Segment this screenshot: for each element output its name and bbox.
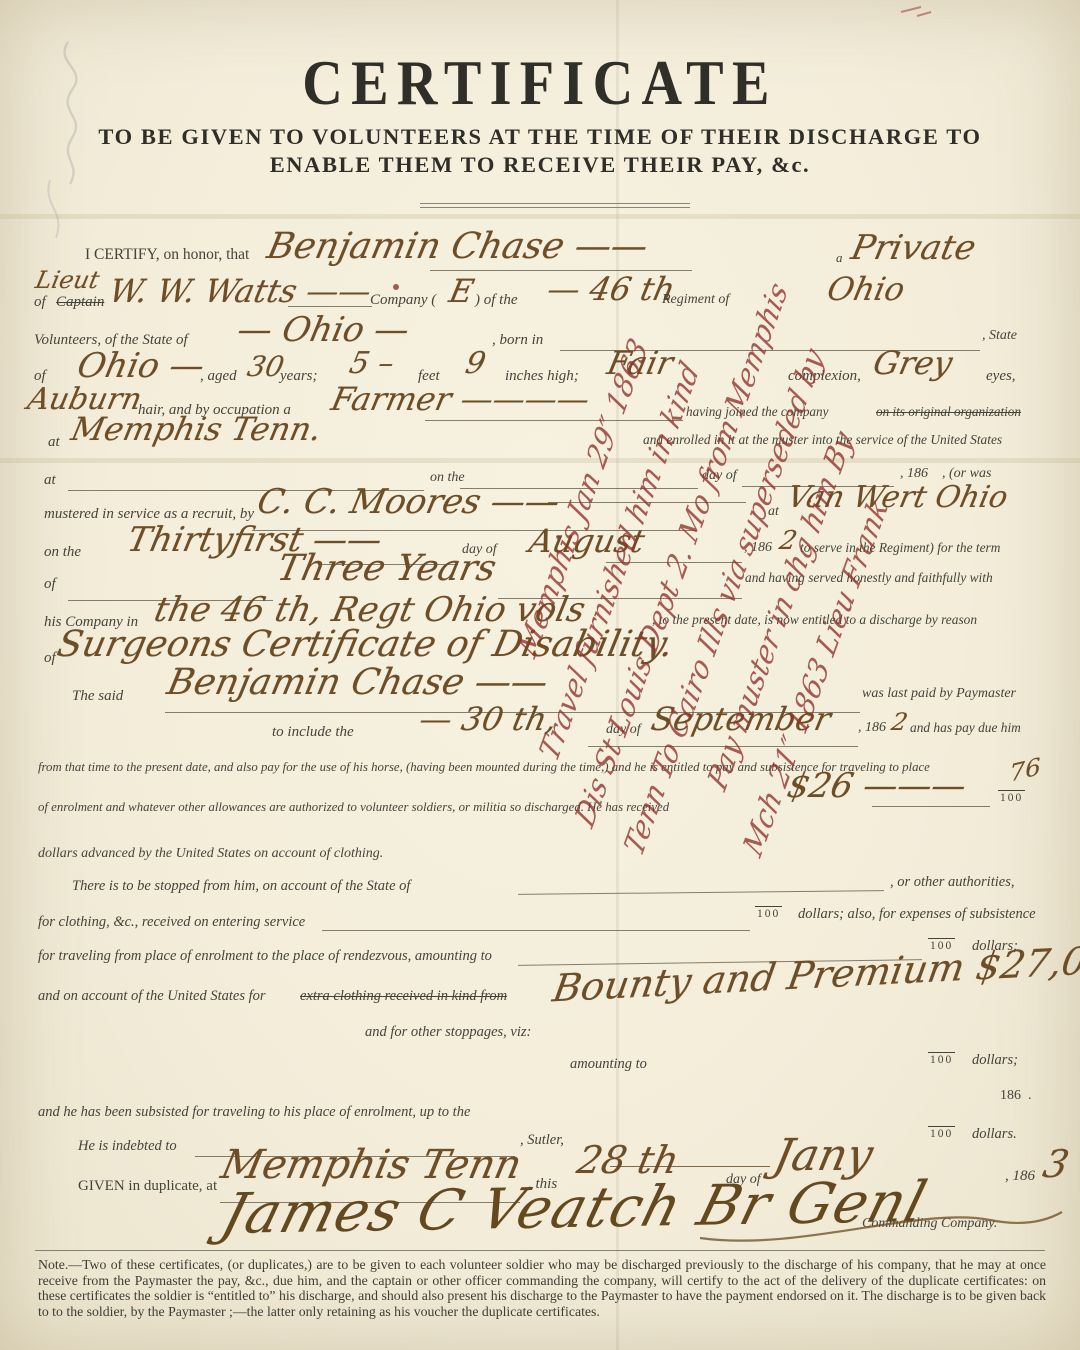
hand-muster-year: 2 <box>777 526 800 556</box>
printed-at: at <box>768 504 779 520</box>
printed-day-of: day of <box>702 468 737 484</box>
printed-fraction-100: 100 <box>755 906 782 920</box>
signature-dash-stroke <box>610 1166 770 1167</box>
printed-186: , 186 <box>858 720 886 736</box>
printed-last-paid: was last paid by Paymaster <box>862 686 1016 702</box>
title-subline-1: TO BE GIVEN TO VOLUNTEERS AT THE TIME OF… <box>0 124 1080 150</box>
printed-extra-clothing-struck: extra clothing received in kind from <box>300 988 507 1005</box>
hand-captain-name: W. W. Watts —— <box>106 272 375 310</box>
blank-rule <box>322 930 750 931</box>
hand-state: — Ohio — <box>234 310 413 350</box>
printed-rendezvous: for traveling from place of enrolment to… <box>38 948 492 965</box>
hand-soldier-name: Benjamin Chase —— <box>264 226 652 267</box>
printed-for-clothing: for clothing, &c., received on entering … <box>38 914 305 931</box>
blank-rule <box>548 502 746 503</box>
printed-state-label: , State <box>982 328 1017 344</box>
printed-day-of: day of <box>606 722 641 738</box>
printed-us-account: and on account of the United States for <box>38 988 266 1005</box>
hand-company-letter: E <box>446 272 477 310</box>
printed-amounting-to: amounting to <box>570 1056 647 1073</box>
printed-at: at <box>44 472 56 489</box>
printed-subsistence-expenses: dollars; also, for expenses of subsisten… <box>798 906 1036 923</box>
printed-dollars: dollars. <box>972 1126 1017 1143</box>
printed-clothing-advanced: dollars advanced by the United States on… <box>38 846 383 862</box>
title-subline-2: ENABLE THEM TO RECEIVE THEIR PAY, &c. <box>0 152 1080 178</box>
horizontal-fold-crease <box>0 214 1080 219</box>
printed-other-authorities: , or other authorities, <box>890 874 1014 891</box>
hand-rank: Private <box>848 228 980 268</box>
printed-captain-struck: Captain <box>56 294 104 311</box>
hand-paid-year: 2 <box>889 708 910 736</box>
hand-complexion: Fair <box>604 344 677 382</box>
red-ink-dot <box>393 284 399 290</box>
printed-other-stoppages: and for other stoppages, viz: <box>365 1024 531 1041</box>
hand-muster-place: Van Wert Ohio <box>784 480 1011 515</box>
blank-rule <box>588 746 858 747</box>
printed-serve-term: to serve in the Regiment) for the term <box>800 540 1000 556</box>
hand-birth-state: Ohio — <box>74 346 208 386</box>
hand-given-year: 3 <box>1039 1142 1073 1186</box>
hand-joined-place: Memphis Tenn. <box>68 410 325 448</box>
hand-bounty-premium: Bounty and Premium $27,00 <box>550 938 1080 1011</box>
printed-stopped-state: There is to be stopped from him, on acco… <box>72 878 410 895</box>
printed-dollars: dollars; <box>972 1052 1018 1069</box>
hand-term-of-service: Three Years <box>274 548 500 589</box>
printed-having-joined: having joined the company <box>686 404 828 420</box>
printed-aged: , aged <box>200 368 237 385</box>
printed-born-in: , born in <box>492 332 543 349</box>
hand-feet: 5 – <box>346 346 397 381</box>
printed-complexion: complexion, <box>788 368 861 385</box>
printed-subsisted-traveling: and he has been subsisted for traveling … <box>38 1104 470 1121</box>
printed-the-said: The said <box>72 688 123 705</box>
printed-pay-due: and has pay due him <box>910 720 1021 736</box>
printed-entitled-discharge: , to the present date, is now entitled t… <box>652 612 977 628</box>
red-ink-mark <box>895 0 955 24</box>
hand-eye-color: Grey <box>870 344 956 382</box>
blank-rule <box>425 420 683 421</box>
printed-years: years; <box>280 368 318 385</box>
printed-of: of <box>44 576 56 593</box>
footer-note: Note.—Two of these certificates, (or dup… <box>38 1257 1046 1319</box>
printed-sutler: , Sutler, <box>520 1132 564 1149</box>
printed-company-label: Company ( <box>370 292 436 309</box>
printed-fraction-100: 100 <box>928 1052 955 1066</box>
hand-muster-month: August <box>526 522 648 560</box>
printed-eyes: eyes, <box>986 368 1016 385</box>
printed-certify-lead: I CERTIFY, on honor, that <box>85 246 249 264</box>
hand-cents-numerator: 76 <box>1009 753 1041 788</box>
hand-paid-month: September <box>648 700 834 738</box>
blank-rule <box>606 562 742 563</box>
printed-enrolled: and enrolled in it at the muster into th… <box>643 432 1002 448</box>
hand-recruiter-name: C. C. Moores —— <box>254 482 564 522</box>
certificate-title: CERTIFICATE <box>0 46 1080 119</box>
header-divider-line <box>420 203 690 204</box>
hand-inches: 9 <box>462 346 489 381</box>
printed-served-honestly: and having served honestly and faithfull… <box>745 570 993 586</box>
printed-186-blank: 186 . <box>1000 1088 1032 1104</box>
hand-regiment-number: — 46 th <box>544 270 679 308</box>
printed-fraction-100: 100 <box>928 1126 955 1140</box>
printed-of-the: ) of the <box>475 292 518 309</box>
hand-occupation: Farmer ———— <box>328 380 593 418</box>
printed-to-include: to include the <box>272 724 354 741</box>
header-divider-line <box>420 207 690 208</box>
printed-article-a: a <box>836 250 843 266</box>
blank-rule <box>872 806 990 807</box>
printed-186: , 186 <box>744 540 772 556</box>
printed-enrolment-allowances: of enrolment and whatever other allowanc… <box>38 800 669 815</box>
hand-lieut-correction: Lieut <box>33 266 102 294</box>
printed-on-the: on the <box>44 544 81 561</box>
printed-regiment-of: Regiment of <box>662 292 729 308</box>
printed-indebted-to: He is indebted to <box>78 1138 177 1155</box>
hand-amount-received: $26 ——— <box>784 766 970 806</box>
printed-of: of <box>34 294 46 311</box>
hand-regiment-state: Ohio <box>824 270 908 308</box>
note-divider-line <box>35 1250 1045 1251</box>
horizontal-fold-crease <box>0 458 1080 463</box>
printed-given-duplicate: GIVEN in duplicate, at <box>78 1178 217 1195</box>
hand-paid-day: — 30 th, <box>416 700 561 738</box>
blank-rule <box>288 306 372 307</box>
printed-186: , 186 <box>1005 1168 1035 1185</box>
printed-original-organization-struck: on its original organization <box>876 404 1021 420</box>
blank-rule <box>518 890 884 895</box>
printed-at: at <box>48 434 60 451</box>
hand-said-name: Benjamin Chase —— <box>164 662 552 703</box>
printed-fraction-100: 100 <box>998 790 1025 804</box>
hand-discharge-reason: Surgeons Certificate of Disability. <box>54 624 678 665</box>
certificate-document: CERTIFICATE TO BE GIVEN TO VOLUNTEERS AT… <box>0 0 1080 1350</box>
